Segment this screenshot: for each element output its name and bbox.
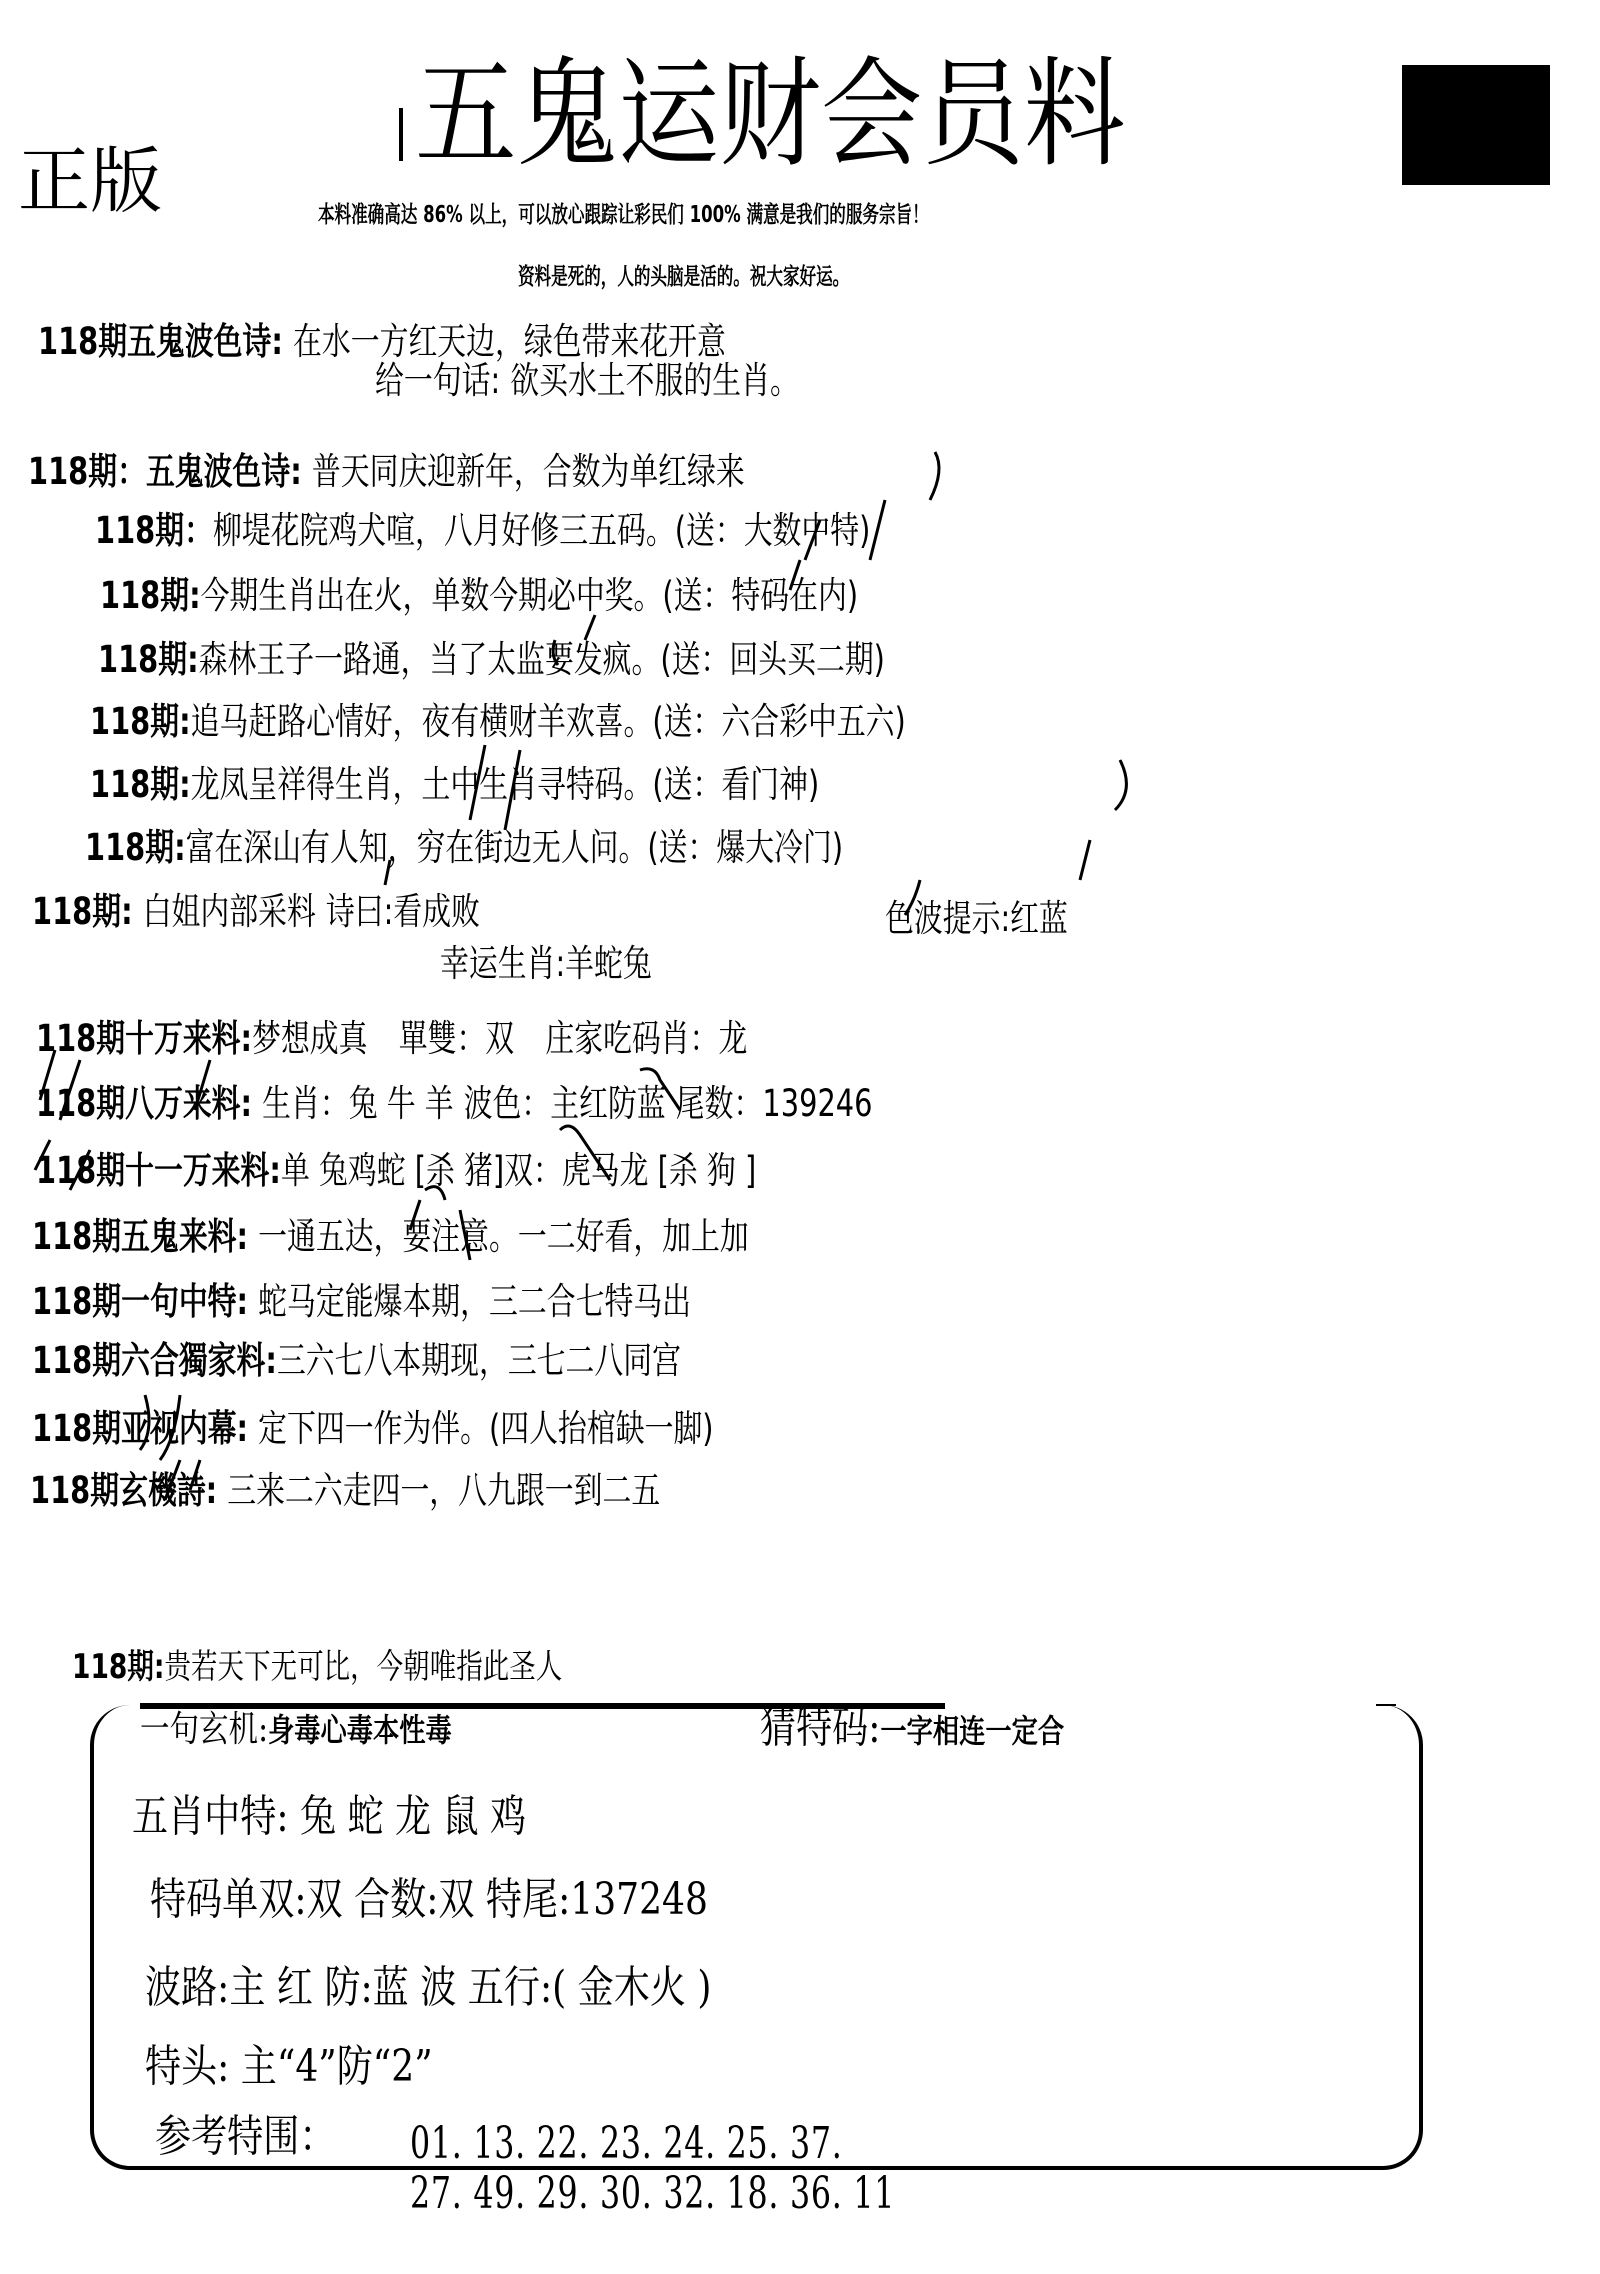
- riddle-row: 一句玄机:身毒心毒本性毒: [140, 1712, 520, 1748]
- report-row: 118期八万来料: 生肖：兔 牛 羊 波色：主红防蓝 尾数：139246: [36, 1085, 1108, 1122]
- title-divider: [399, 108, 403, 161]
- poem-text: 在水一方红天边，绿色带来花开意: [293, 320, 726, 363]
- poem-label: 118期五鬼波色诗:: [38, 320, 283, 363]
- report-row: 118期一句中特: 蛇马定能爆本期，三二合七特马出: [32, 1283, 877, 1320]
- five-zodiac-row: 五肖中特: 兔 蛇 龙 鼠 鸡: [132, 1795, 613, 1839]
- wave-row: 波路:主 红 防:蓝 波 五行:( 金木火 ): [145, 1966, 836, 2010]
- guess-row: 猜特码:一字相连一定合: [760, 1706, 1131, 1750]
- reference-numbers-2: 27. 49. 29. 30. 32. 18. 36. 11: [410, 2172, 1084, 2216]
- saying-row: 118期:追马赶路心情好，夜有横财羊欢喜。(送：六合彩中五六): [90, 703, 1136, 740]
- color-hint: 色波提示:红蓝: [885, 900, 1119, 937]
- subtitle-luck: 资料是死的，人的头脑是活的。祝大家好运。: [518, 266, 978, 289]
- saying-row: 118期:今期生肖出在火，单数今期必中奖。(送：特码在内): [100, 577, 1072, 614]
- lucky-zodiac: 幸运生肖:羊蛇兔: [440, 945, 711, 982]
- page-title: 五鬼运财会员料: [415, 55, 1241, 173]
- saying-row: 118期:森林王子一路通，当了太监要发疯。(送：回头买二期): [98, 641, 1107, 678]
- report-row: 118期五鬼来料: 一通五达，要注意。一二好看，加上加: [32, 1218, 951, 1255]
- head-row: 特头: 主“4”防“2”: [145, 2045, 496, 2089]
- reference-numbers-1: 01. 13. 22. 23. 24. 25. 37.: [410, 2122, 1011, 2166]
- report-row: 118期玄機詩: 三来二六走四一，八九跟一到二五: [30, 1472, 838, 1509]
- box-top-rule-right: [1376, 1704, 1396, 1706]
- poem-line: 118期五鬼波色诗: 在水一方红天边，绿色带来花开意: [38, 323, 920, 360]
- saying-row: 118期：柳堤花院鸡犬喧，八月好修三五码。(送：大数中特): [95, 512, 1089, 549]
- poem-hint: 给一句话: 欲买水土不服的生肖。: [375, 362, 918, 399]
- redacted-block: [1402, 65, 1550, 185]
- report-row: 118期亚视内幕: 定下四一作为伴。(四人抬棺缺一脚): [32, 1410, 906, 1447]
- prediction-box: [90, 1705, 1423, 2170]
- subtitle-accuracy: 本料准确高达 86% 以上，可以放心跟踪让彩民们 100% 满意是我们的服务宗旨…: [318, 204, 1166, 227]
- brand-label: 正版: [18, 145, 162, 217]
- report-row: 118期六合獨家料:三六七八本期现，三七二八同宫: [32, 1342, 864, 1379]
- closing-line: 118期:贵若天下无可比，今朝唯指此圣人: [72, 1650, 701, 1684]
- poem2-line: 118期：五鬼波色诗: 普天同庆迎新年，合数为单红绿来: [28, 453, 947, 490]
- inside-line: 118期: 白姐内部采料 诗曰:看成败: [32, 893, 606, 930]
- saying-row: 118期:富在深山有人知，穷在街边无人问。(送：爆大冷门): [85, 829, 1057, 866]
- report-row: 118期十万来料:梦想成真單雙：双庄家吃码肖：龙: [36, 1020, 948, 1057]
- parity-row: 特码单双:双 合数:双 特尾:137248: [150, 1878, 830, 1922]
- report-row: 118期十一万来料:单 兔鸡蛇 [杀 猪]双：虎马龙 [杀 狗 ]: [36, 1152, 959, 1189]
- saying-row: 118期:龙凤呈祥得生肖，土中生肖寻特码。(送：看门神): [90, 766, 1025, 803]
- reference-label: 参考特围：: [155, 2115, 375, 2159]
